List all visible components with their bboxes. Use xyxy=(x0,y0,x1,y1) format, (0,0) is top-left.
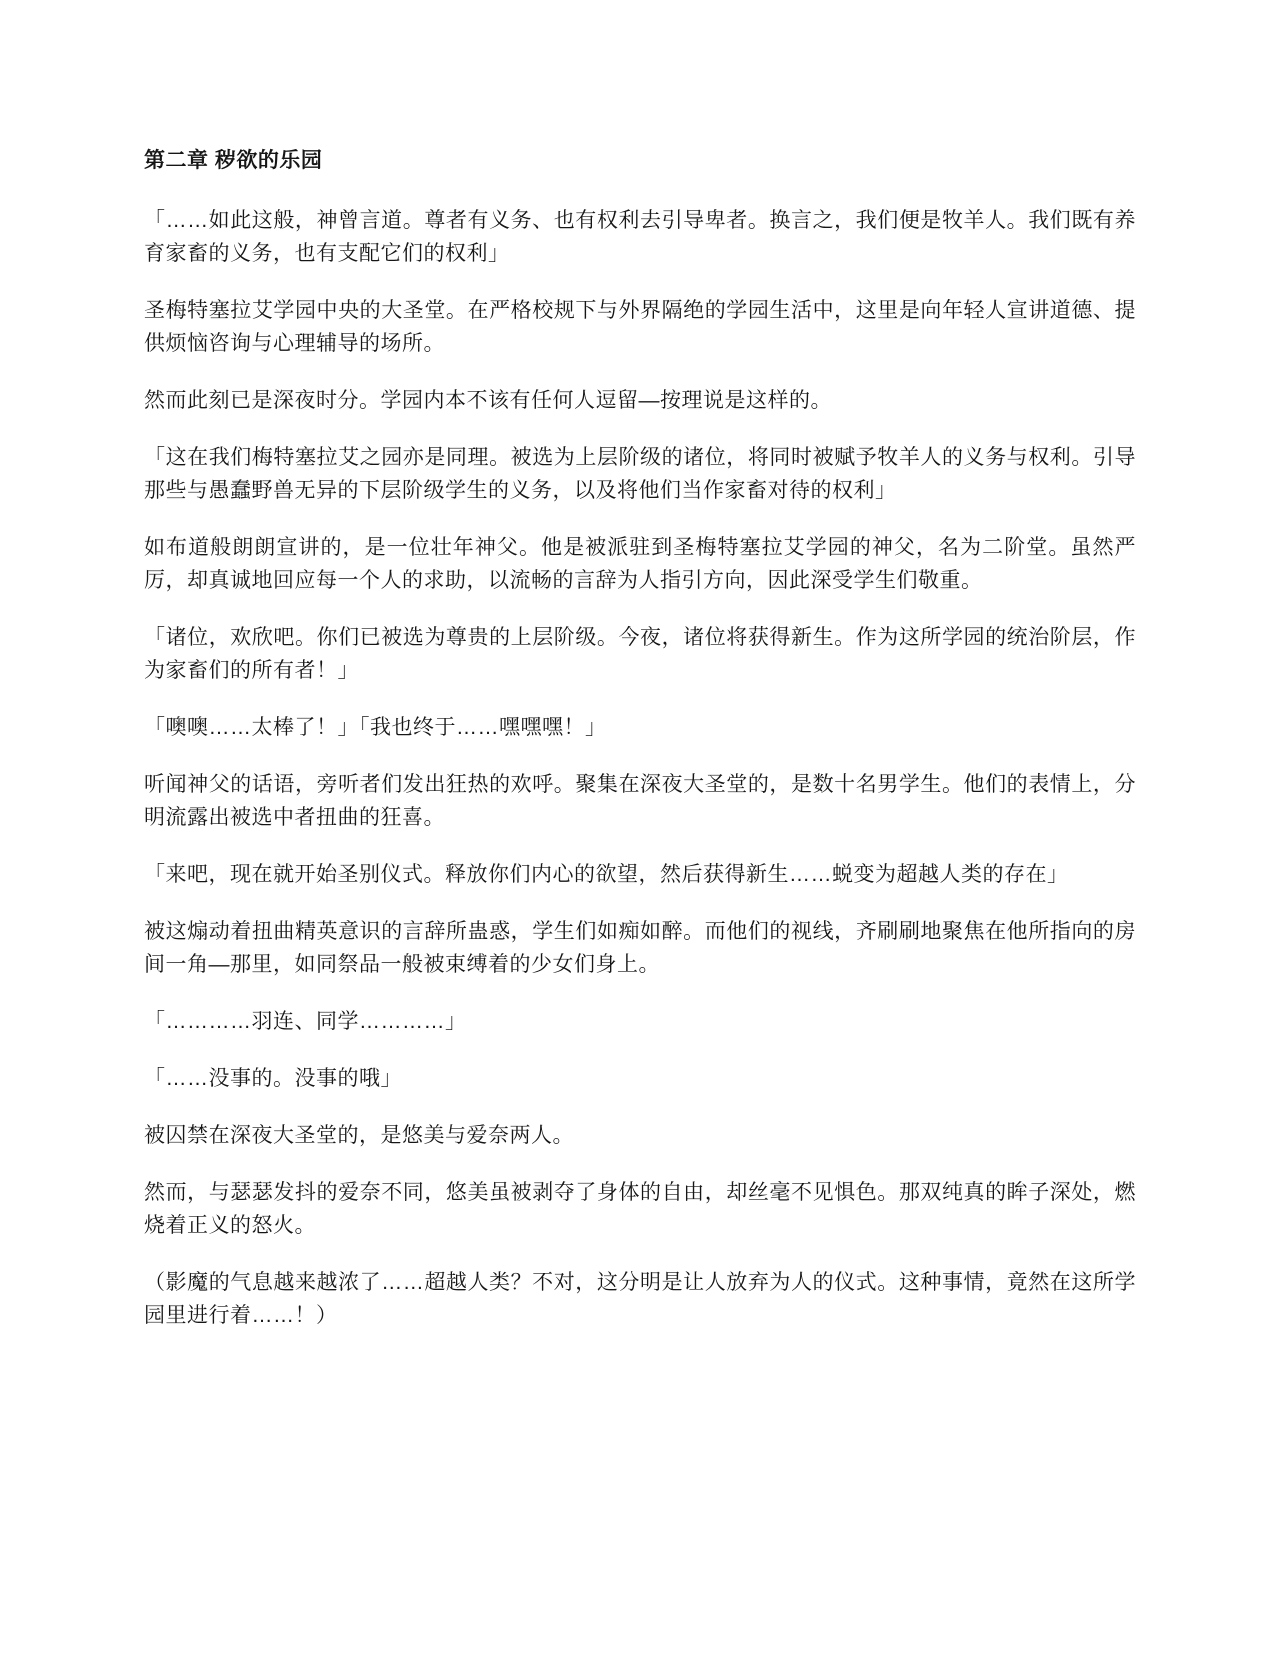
paragraph-3: 然而此刻已是深夜时分。学园内本不该有任何人逗留—按理说是这样的。 xyxy=(144,384,1136,417)
chapter-title: 第二章 秽欲的乐园 xyxy=(144,148,1136,174)
paragraph-2: 圣梅特塞拉艾学园中央的大圣堂。在严格校规下与外界隔绝的学园生活中，这里是向年轻人… xyxy=(144,294,1136,360)
paragraph-15: （影魔的气息越来越浓了……超越人类？不对，这分明是让人放弃为人的仪式。这种事情，… xyxy=(144,1266,1136,1332)
paragraph-7: 「噢噢……太棒了！」「我也终于……嘿嘿嘿！」 xyxy=(144,711,1136,744)
paragraph-13: 被囚禁在深夜大圣堂的，是悠美与爱奈两人。 xyxy=(144,1119,1136,1152)
paragraph-6: 「诸位，欢欣吧。你们已被选为尊贵的上层阶级。今夜，诸位将获得新生。作为这所学园的… xyxy=(144,621,1136,687)
paragraph-1: 「……如此这般，神曾言道。尊者有义务、也有权利去引导卑者。换言之，我们便是牧羊人… xyxy=(144,204,1136,270)
paragraph-12: 「……没事的。没事的哦」 xyxy=(144,1062,1136,1095)
paragraph-10: 被这煽动着扭曲精英意识的言辞所蛊惑，学生们如痴如醉。而他们的视线，齐刷刷地聚焦在… xyxy=(144,915,1136,981)
paragraph-11: 「…………羽连、同学…………」 xyxy=(144,1005,1136,1038)
paragraph-8: 听闻神父的话语，旁听者们发出狂热的欢呼。聚集在深夜大圣堂的，是数十名男学生。他们… xyxy=(144,768,1136,834)
paragraph-4: 「这在我们梅特塞拉艾之园亦是同理。被选为上层阶级的诸位，将同时被赋予牧羊人的义务… xyxy=(144,441,1136,507)
paragraph-14: 然而，与瑟瑟发抖的爱奈不同，悠美虽被剥夺了身体的自由，却丝毫不见惧色。那双纯真的… xyxy=(144,1176,1136,1242)
paragraph-9: 「来吧，现在就开始圣别仪式。释放你们内心的欲望，然后获得新生……蜕变为超越人类的… xyxy=(144,858,1136,891)
paragraph-5: 如布道般朗朗宣讲的，是一位壮年神父。他是被派驻到圣梅特塞拉艾学园的神父，名为二阶… xyxy=(144,531,1136,597)
document-page: 第二章 秽欲的乐园 「……如此这般，神曾言道。尊者有义务、也有权利去引导卑者。换… xyxy=(0,0,1280,1656)
